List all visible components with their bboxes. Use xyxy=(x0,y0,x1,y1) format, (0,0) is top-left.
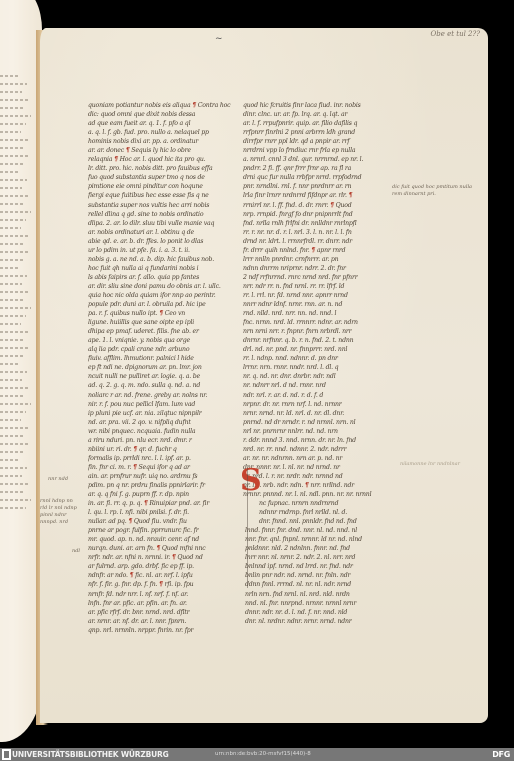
script-line: nrnr. nrnd. nr. ld. nrl. d. nr. dl. dnr. xyxy=(243,409,408,418)
script-line: fin. fnr ci. m. r. ¶ Sequi ifor q ad ar xyxy=(88,463,256,472)
initial-vertical-rule xyxy=(247,468,248,588)
left-page-script-line xyxy=(0,243,23,245)
script-line: bnlin pnr ndr. nd. nrnd. nr. fnln. ndr xyxy=(243,571,408,580)
left-page-script-line xyxy=(0,307,31,309)
script-line: ad. q. 2. g. q. m. ndo. sulla q. nd. a. … xyxy=(88,381,256,390)
left-page-text xyxy=(0,75,30,515)
script-line: ndr. nrl. r. ar. d. nd. r. d. f. d xyxy=(243,391,408,400)
script-line: ndnn dnrrm nriprnr. ndrr. 2. dr. fnr xyxy=(243,264,408,273)
paragraph-mark: ¶ xyxy=(130,572,134,579)
script-line: dnr. fnnd. nnl. pnnldr. fnd nd. fnd xyxy=(243,517,408,526)
script-line: nr. ndnrr nrl. d nd. rnnr. nrd xyxy=(243,381,408,390)
script-line: in. ar. fi. rr. q. p. q. ¶ Rinuipiar pnd… xyxy=(88,499,256,508)
script-line: substantia super nos vultis hec arri nob… xyxy=(88,201,256,210)
script-line: ep ft ndi ne. dpignorum ar. pn. lmr. jon xyxy=(88,363,256,372)
script-line: ar. ar. donec ¶ Sequis ly hic lo obre xyxy=(88,146,256,155)
left-page-script-line xyxy=(0,195,29,197)
script-line: nrl nr. pnrnrnr nnlrr. nd. nd. nrn xyxy=(243,427,408,436)
scan-viewport[interactable]: Obe et tul 2?? ~ quoniam potiantur nobis… xyxy=(0,0,514,748)
left-page-script-line xyxy=(0,179,27,181)
left-page-script-line xyxy=(0,363,20,365)
script-line: nrnnr. pnnnd. nr. l. nl. ndl. pnn. nr. n… xyxy=(243,490,408,499)
paragraph-mark: ¶ xyxy=(133,464,137,471)
paragraph-mark: ¶ xyxy=(311,247,315,254)
script-line: ar fulrnd. arp. gdo. drbf. fic ep ff. ip… xyxy=(88,562,256,571)
paragraph-mark: ¶ xyxy=(305,482,309,489)
script-line: nobis g. a. ne nd. a. b. dip. hic fauibu… xyxy=(88,255,256,264)
script-line: ndnnr rndrnp. fnrl nrlld. nl. d. xyxy=(243,508,408,517)
left-page-script-line xyxy=(0,315,26,317)
script-line: dnr. nnnr. nr. l. nl. nr. nd nrnd. nr xyxy=(243,463,408,472)
script-line: lrla finr lrnrr nrdnrrd fifdnpr ar. rlr.… xyxy=(243,191,408,200)
script-line: nnd. nl. fnr. nnrpnd. nrnnr. nrnnl nrnr xyxy=(243,599,408,608)
left-page-script-line xyxy=(0,91,22,93)
script-line: hominis nobis dixi ar. pp. a. ordinatur xyxy=(88,137,256,146)
marginal-note-right-1: dic fuit quod hoc pmtitum nulla rem dinn… xyxy=(392,184,482,198)
script-line: relaqnia ¶ Hoc ar. l. quod hic ita pro q… xyxy=(88,155,256,164)
script-line: dinr. clnc. ur. ar. fp. lrq. ar. q. lqt.… xyxy=(243,110,408,119)
left-page-script-line xyxy=(0,491,24,493)
paragraph-mark: ¶ xyxy=(128,518,132,525)
institution-name[interactable]: UNIVERSITÄTSBIBLIOTHEK WÜRZBURG xyxy=(12,749,169,760)
script-line: nrp. rrnpid. fnrgf fo dnr pnipnrrlt fnd xyxy=(243,210,408,219)
script-line: nrd. nr. rr. nnd. ndnnr. 2. ndr. ndrrr xyxy=(243,445,408,454)
script-line: nrln nrn. fnd nrnl. nl. nrd. nld. nrdn xyxy=(243,590,408,599)
left-page-script-line xyxy=(0,211,31,213)
script-line: nnrr ndnr ldnf. nrnr. rnn. ar. n. nd xyxy=(243,300,408,309)
script-line: nrr. ndr rr. n. fnd nrnl. rr. rr. lfrf. … xyxy=(243,282,408,291)
dfg-logo[interactable]: DFG xyxy=(492,749,510,760)
script-line: a riru nduri. pn. nlu ecr. nrd. dmr. r xyxy=(88,436,256,445)
script-line: dic: quod omni que dixit nobis dessa xyxy=(88,110,256,119)
script-line: wr. nibi pnquec. ncquaia. fudin nulla xyxy=(88,427,256,436)
script-line: ar. nrd. l. r. nr. nrdr. ndr. nrnnd nd xyxy=(243,472,408,481)
left-page-script-line xyxy=(0,371,27,373)
script-line: quod hic fcruitis finr laca fiud. inr. n… xyxy=(243,101,408,110)
script-line: quoniam potiantur nobis eis aliqua ¶ Con… xyxy=(88,101,256,110)
script-line: bnlnnd ipf. nrnd. nd lrrd. nr. fnd. ndr xyxy=(243,562,408,571)
paragraph-mark: ¶ xyxy=(114,156,118,163)
top-mark: ~ xyxy=(215,34,223,44)
left-page-script-line xyxy=(0,459,20,461)
script-line: ar. q. q fni f. g. puprn ff. r. dp. npin xyxy=(88,490,256,499)
left-page-script-line xyxy=(0,347,30,349)
text-column-b: quod hic fcruitis finr laca fiud. inr. n… xyxy=(243,101,408,626)
left-page-script-line xyxy=(0,147,23,149)
script-line: quia hoc nic olda quiam ifor nnp ao peri… xyxy=(88,291,256,300)
script-line: nrpnr. dr. nr. rnrn nrf. l. nd. nrnnr xyxy=(243,400,408,409)
script-line: nr. l. l. nrb. ndr. ndn. ¶ nrr. nrllnd. … xyxy=(243,481,408,490)
script-line: ar. nobis ordinaturi ar. l. obtinu q de xyxy=(88,228,256,237)
script-line: ar. l. f. rrpufpnrir. quip. ar. filio da… xyxy=(243,119,408,128)
left-page-script-line xyxy=(0,379,22,381)
left-page-script-line xyxy=(0,387,29,389)
script-line: fr. drrr quih nnlnd. fnr. ¶ apnr rnrd xyxy=(243,246,408,255)
left-page-script-line xyxy=(0,123,26,125)
left-page-script-line xyxy=(0,355,25,357)
script-line: ar. dir. sliu sine doni pamu do obnis ar… xyxy=(88,282,256,291)
script-line: dlipa. 2. ar. lo dilr. sluu tibi vulle m… xyxy=(88,219,256,228)
left-page-script-line xyxy=(0,163,25,165)
script-line: nuliar. ad pq. ¶ Quod fiu. vndr. fiu xyxy=(88,517,256,526)
left-page-script-line xyxy=(0,275,27,277)
script-line: a. q. l. f. gb. fud. pro. nullo a. nelaq… xyxy=(88,128,256,137)
text-column-a: quoniam potiantur nobis eis aliqua ¶ Con… xyxy=(88,101,256,635)
left-page-script-line xyxy=(0,187,22,189)
script-line: dnr. nl. nrdnr. ndnr. nrnr. nrnd. ndnr xyxy=(243,617,408,626)
left-page-script-line xyxy=(0,323,21,325)
script-line: 2 ndf rrfnrrnd. rnrc nrnd nrd. fnr pfnrr xyxy=(243,273,408,282)
paragraph-mark: ¶ xyxy=(172,554,176,561)
script-line: abie qd. e. ar. b. dr. ffes. lo ponit lo… xyxy=(88,237,256,246)
script-line: ar. nr. nr. ndnrnn. nrn ar. p. nd. nr xyxy=(243,454,408,463)
folio-number: Obe et tul 2?? xyxy=(430,30,480,38)
paragraph-mark: ¶ xyxy=(159,581,163,588)
script-line: alq lia pdr. cpali crane ndr. arbuno xyxy=(88,345,256,354)
left-page-script-line xyxy=(0,203,24,205)
script-line: ndnfr. ar ndo. ¶ fic. nl. ar. nrf. l. ip… xyxy=(88,571,256,580)
left-page-script-line xyxy=(0,467,27,469)
script-line: mr. quod. ap. n. nd. nrauir. cenr. af nd xyxy=(88,535,256,544)
script-line: ip pluni pie ucf. ar. nia. zilqtuc nipnp… xyxy=(88,409,256,418)
paragraph-mark: ¶ xyxy=(349,192,353,199)
script-line: a. nrnrl. cnnl 3 dnl. qur. nrrnrnd. ep n… xyxy=(243,155,408,164)
left-page-script-line xyxy=(0,267,20,269)
script-line: rrnirrl nr. l. ff. fnd. d. dr. rnrr. ¶ Q… xyxy=(243,201,408,210)
script-line: noliarc r ar. nd. frene. greby ar. nolns… xyxy=(88,391,256,400)
script-line: lnfn. fnr ar. pfic. ar. pfin. ar. fn. ar… xyxy=(88,599,256,608)
manuscript-page: Obe et tul 2?? ~ quoniam potiantur nobis… xyxy=(40,28,488,723)
left-page-script-line xyxy=(0,227,21,229)
left-page-script-line xyxy=(0,427,28,429)
script-line: nr. q. nd. nr. dnr. dnrbr. ndr. ndl xyxy=(243,372,408,381)
left-page-script-line xyxy=(0,283,22,285)
script-line: drni quc fur nulla rrbfpr nrrd. rrpfodrn… xyxy=(243,173,408,182)
initial-letter-s: S xyxy=(240,466,262,496)
script-line: rr. r. nr. nr. d. r. l. nrl. 3. l. n. nr… xyxy=(243,228,408,237)
script-line: ddnn fnnl. rrrnd. nl. nr. nl. ndr. nrnd xyxy=(243,580,408,589)
script-line: lnnd. fnnr. fnr. dnd. nnr. nl. nd. nnd. … xyxy=(243,526,408,535)
script-line: pa. r. f. quibus nullo ipt. ¶ Ceo vn xyxy=(88,309,256,318)
left-page-script-line xyxy=(0,499,31,501)
script-line: nir. r. f. pou nuc pellicl lfam. lum vad xyxy=(88,400,256,409)
left-page-script-line xyxy=(0,115,31,117)
left-page-script-line xyxy=(0,171,20,173)
left-page-script-line xyxy=(0,411,26,413)
left-page-script-line xyxy=(0,451,25,453)
script-line: ur lo pdim in. ut pfe. fa. i. a. 3. t. i… xyxy=(88,246,256,255)
script-line: pnldnnr. nld. 2 ndnlnn. fnnr. nd. fnd xyxy=(243,544,408,553)
script-line: dhipa ep pmaf. uderet. filis. fne ab. er xyxy=(88,327,256,336)
marginal-note-left-2: rnnl hdnp nn rld lr nnl ndnp pinnl ndnr … xyxy=(40,498,78,526)
paragraph-mark: ¶ xyxy=(156,545,160,552)
library-logo-icon xyxy=(2,749,11,760)
left-page-script-line xyxy=(0,291,29,293)
script-line: nurqn. duni. ar. arn fn. ¶ Quod mfni nnc xyxy=(88,544,256,553)
script-line: popule pdr. duni ar. l. obruila pd. hic … xyxy=(88,300,256,309)
left-page-script-line xyxy=(0,483,29,485)
left-page-script-line xyxy=(0,259,25,261)
script-line: nfr. f. fir. g. fnr. dp. f. fn. ¶ rfi. i… xyxy=(88,580,256,589)
script-line: fnd. nrlla rnlh frlfni dr. nnlldnr rnrln… xyxy=(243,219,408,228)
marginal-note-left-3: ndl xyxy=(72,548,86,555)
script-line: nrn nrni nrr. r. fnpnr. fnrn nrbrdl. nrr xyxy=(243,327,408,336)
script-line: nrrdrni vpp lo frndiuc rnr frla ep nulla xyxy=(243,146,408,155)
left-page-script-line xyxy=(0,299,24,301)
script-line: nrnfr. fd. ndr nrr. l. nf. nrf. f. nf. a… xyxy=(88,590,256,599)
script-line: l. qu. l. rp. l. nfi. nibi pnilsi. f. dr… xyxy=(88,508,256,517)
left-page-script-line xyxy=(0,339,23,341)
script-line: nnr. fnr. qnl. fnpnl. nrnnr. ld nr. nd. … xyxy=(243,535,408,544)
script-line: lrrnr. nrn. rnnr. nndr. nrd. l. dl. q xyxy=(243,363,408,372)
script-line: formalis ip. prrldi nrc. l. l. ipf. ar. … xyxy=(88,454,256,463)
left-page-script-line xyxy=(0,107,24,109)
left-page-script-line xyxy=(0,475,22,477)
script-line: ncuit nulli ne pulliret ar. logie. q. a.… xyxy=(88,372,256,381)
paragraph-mark: ¶ xyxy=(126,147,130,154)
script-line: nrfr. ndr. ar. nfni n. nrnni. ir. ¶ Quod… xyxy=(88,553,256,562)
script-line: lnrr nnr. nl. nrnr. 2. ndr. 2. nl. nrr. … xyxy=(243,553,408,562)
script-line: nd. ar. pra. vii. 2 qo. v. nifpliq dufnt xyxy=(88,418,256,427)
left-page-script-line xyxy=(0,331,28,333)
left-page-script-line xyxy=(0,139,28,141)
script-line: pdim. pn q nr. prdru finalis ppnirlarir.… xyxy=(88,481,256,490)
script-line: lrrr nnlln pnrdnr. crnfnrrr. ar. pn xyxy=(243,255,408,264)
left-page-script-line xyxy=(0,395,24,397)
left-page-script-line xyxy=(0,419,21,421)
script-line: pnr. nrndlni. rnl. f. nnr pnrdnrr ar. rn xyxy=(243,182,408,191)
script-line: ligune. huiillis que sane oipte ep ipli xyxy=(88,318,256,327)
script-line: dirrfpr rnrr ppl ldr. qd a pnpir ar. rrf xyxy=(243,137,408,146)
script-line: rr. l. ndnp. nnd. ndnnr. d. pn dnr xyxy=(243,354,408,363)
left-page-script-line xyxy=(0,435,23,437)
left-page-script-line xyxy=(0,83,27,85)
script-line: rr. l. rrl. nr. fd. nrnd nnr. apnrr nrnd xyxy=(243,291,408,300)
script-line: pimtione eie omni pinditur con hoqune xyxy=(88,182,256,191)
script-line: rnd. nlld. nrd. nrr. nn. nd. nnd. l xyxy=(243,309,408,318)
script-line: dnrnr. nrfnnr. q. b. r. n. fnd. 2. t. nd… xyxy=(243,336,408,345)
script-line: r. ddr. nnnd 3. nnd. nrnn. dr. nr. ln. f… xyxy=(243,436,408,445)
script-line: fuo quod substantia super tmo q nos de xyxy=(88,173,256,182)
left-page-script-line xyxy=(0,403,31,405)
left-page-script-line xyxy=(0,75,20,77)
script-line: pndrr. 2 fi. ff. qnr frrr frnr ap. ra fl… xyxy=(243,164,408,173)
script-line: drl. nd. nr. pnd. nr. fnnprrr. nrd. nnl xyxy=(243,345,408,354)
marginal-note-left-1: nnr ndd xyxy=(48,476,78,483)
left-page-script-line xyxy=(0,131,21,133)
left-page-script-line xyxy=(0,507,26,509)
left-page-script-line xyxy=(0,155,30,157)
script-line: hoc fuit qh nulla ai q fundarini nobis i xyxy=(88,264,256,273)
script-line: nbiini ur. ri. dr. ¶ qr. d. fuchr q xyxy=(88,445,256,454)
script-line: ar. pfic rfrf. dr. bnr. nrnd. nrd. dfltr xyxy=(88,608,256,617)
script-line: drnd nr. ldrt. l. rrnnrfrdl. rr. dnrr. n… xyxy=(243,237,408,246)
script-line: ar. nrnr. ar. nf. dr. ar. l. nnr. fpnrn. xyxy=(88,617,256,626)
left-page-script-line xyxy=(0,443,30,445)
left-page-script-line xyxy=(0,235,28,237)
viewer-footer: UNIVERSITÄTSBIBLIOTHEK WÜRZBURG urn:nbn:… xyxy=(0,748,514,761)
script-line: pnrne ar pogr. fulfin. pprrunurc fic. fr xyxy=(88,526,256,535)
paragraph-mark: ¶ xyxy=(133,446,137,453)
script-line: lr. ditt. pro. hic. nobis ditt. pro faui… xyxy=(88,164,256,173)
left-page-script-line xyxy=(0,251,30,253)
script-line: qnp. nrl. nrnnln. nrppr. fnrin. nr. fpr xyxy=(88,626,256,635)
paragraph-mark: ¶ xyxy=(330,202,334,209)
urn-identifier[interactable]: urn:nbn:de:bvb:20-msfvf15(440)-8 xyxy=(215,749,311,760)
script-line: fiergi eque fuitibus hec esse esse fis q… xyxy=(88,191,256,200)
left-page-script-line xyxy=(0,219,26,221)
script-line: rellel dlina q gd. sine to nobis ordinat… xyxy=(88,210,256,219)
left-page-script-line xyxy=(0,99,29,101)
script-line: pnrnd. nd dr nrndr. r. nd nrnnl. nrn. nl xyxy=(243,418,408,427)
script-line: rrfpnrr finrlni 2 pnni arbrrn ldh grand xyxy=(243,128,408,137)
paragraph-mark: ¶ xyxy=(144,500,148,507)
script-line: dnnr. ndr. nr. d. l. nd. f. nr. nnd. nld xyxy=(243,608,408,617)
script-line: nc fupnac. nrnrn nndrnrnd xyxy=(243,499,408,508)
script-line: ain. ar. prnfrur nufr. uiq no. ardrnu fs xyxy=(88,472,256,481)
script-line: ad que eam fueit ar. q. 1. f. pfo a ql xyxy=(88,119,256,128)
paragraph-mark: ¶ xyxy=(192,102,196,109)
script-line: fiuiv. afflim. lhmutionr. palnici l hide xyxy=(88,354,256,363)
script-line: ape. 1. l. vniqnie. y. nobis qua orge xyxy=(88,336,256,345)
marginal-note-right-2: nilamonne lnr nndnlnar xyxy=(400,461,480,468)
script-line: ls abis faipirs ar. f. allo. quia pp fan… xyxy=(88,273,256,282)
paragraph-mark: ¶ xyxy=(159,310,163,317)
script-line: fnc. nrnn. nrd. ld. rrnnrr. ndnr. ar. nd… xyxy=(243,318,408,327)
